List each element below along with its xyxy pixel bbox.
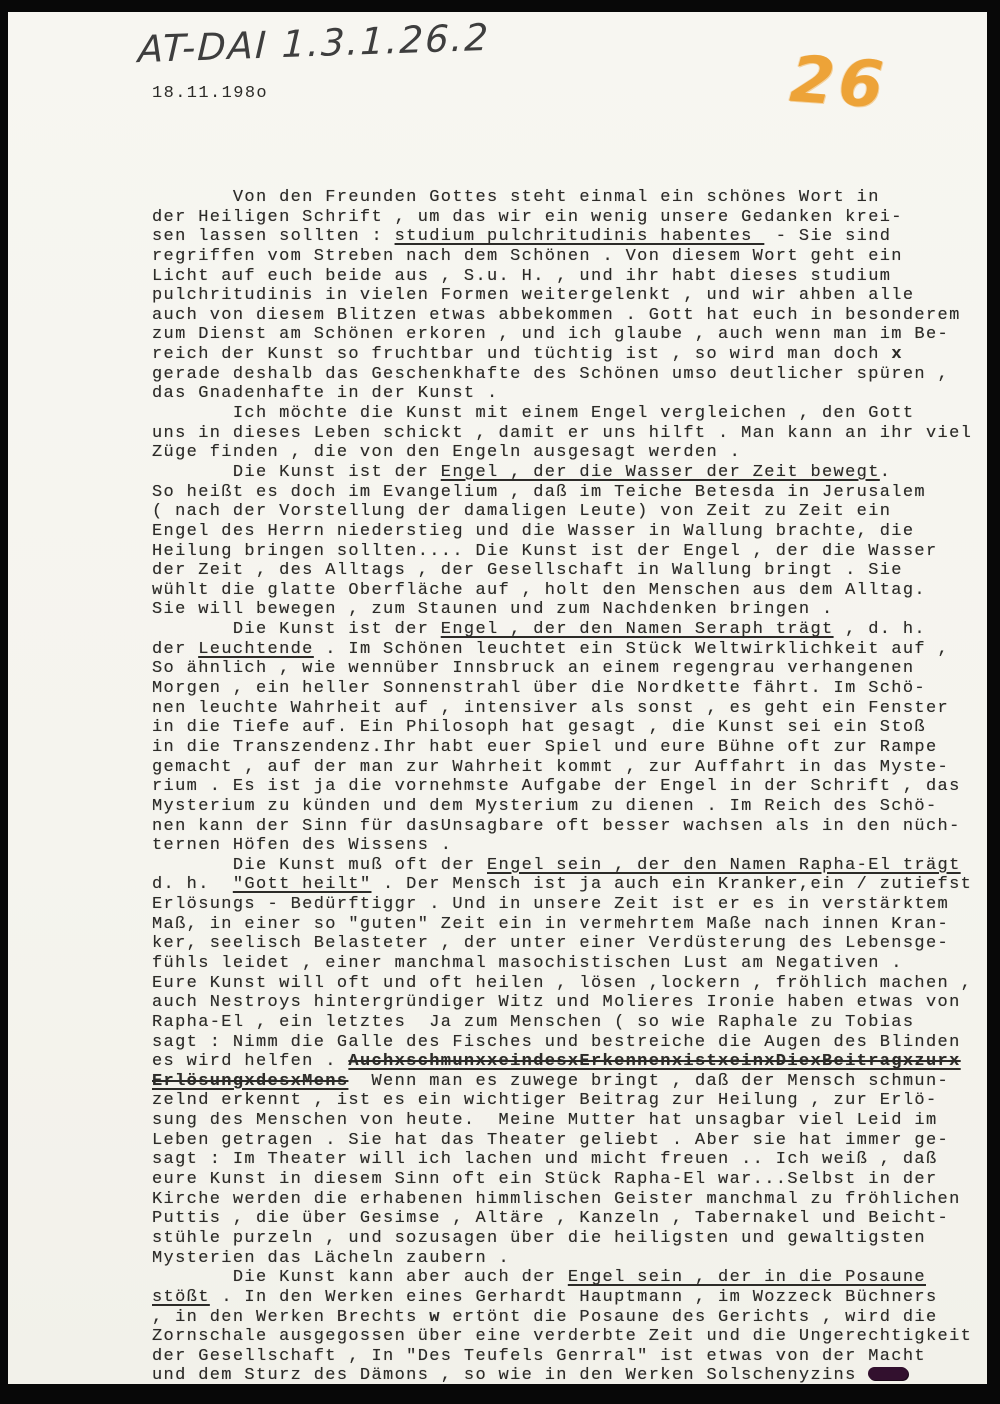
text-line: nen leuchte Wahrheit auf , intensiver al… (152, 699, 987, 719)
text-line: d. h. "Gott heilt" . Der Mensch ist ja a… (152, 875, 987, 895)
text-segment: studium pulchritudinis habentes (395, 227, 765, 246)
text-segment: pulchritudinis in vielen Formen weiterge… (152, 286, 914, 305)
text-segment: sung des Menschen von heute. Meine Mutte… (152, 1111, 938, 1130)
text-segment: regriffen vom Streben nach dem Schönen .… (152, 247, 903, 266)
text-segment: Kirche werden die erhabenen himmlischen … (152, 1190, 961, 1209)
text-segment: der Heiligen Schrift , um das wir ein we… (152, 208, 903, 227)
text-segment: das Gnadenhafte in der Kunst . (152, 384, 499, 403)
text-segment: uns in dieses Leben schickt , damit er u… (152, 424, 972, 443)
text-segment: ( nach der Vorstellung der damaligen Leu… (152, 502, 891, 521)
text-line: sagt : Im Theater will ich lachen und mi… (152, 1150, 987, 1170)
text-segment: sagt : Nimm die Galle des Fisches und be… (152, 1033, 961, 1052)
text-line: nen kann der Sinn für dasUnsagbare oft b… (152, 817, 987, 837)
archive-reference-handwriting: AT-DAI 1.3.1.26.2 (137, 16, 490, 71)
text-line: So ähnlich , wie wennüber Innsbruck an e… (152, 659, 987, 679)
text-segment: in die Transzendenz.Ihr habt euer Spiel … (152, 738, 938, 757)
text-segment: auch Nestroys hintergründiger Witz und M… (152, 993, 961, 1012)
text-segment: . Der Mensch ist ja auch ein Kranker,ein… (372, 875, 973, 894)
text-line: reich der Kunst so fruchtbar und tüchtig… (152, 345, 987, 365)
text-line: Puttis , die über Gesimse , Altäre , Kan… (152, 1209, 987, 1229)
text-segment: Rapha-El , ein letztes Ja zum Menschen (… (152, 1013, 914, 1032)
text-segment: Erlösungs - Bedürftiggr . Und in unsere … (152, 895, 949, 914)
text-line: zelnd erkennt , ist es ein wichtiger Bei… (152, 1091, 987, 1111)
text-line: gerade deshalb das Geschenkhafte des Sch… (152, 365, 987, 385)
text-segment: . (880, 463, 892, 482)
text-line: fühls leidet , einer manchmal masochisti… (152, 954, 987, 974)
text-segment: Wenn man es zuwege bringt , daß der Mens… (348, 1072, 949, 1091)
text-line: ErlösungxdesxMens Wenn man es zuwege bri… (152, 1072, 987, 1092)
text-segment: Die Kunst ist der (152, 463, 441, 482)
text-segment: Mysterium zu künden und dem Mysterium zu… (152, 797, 938, 816)
text-segment: Eure Kunst will oft und oft heilen , lös… (152, 974, 972, 993)
typewritten-text: Von den Freunden Gottes steht einmal ein… (152, 188, 987, 1384)
text-segment: Morgen , ein heller Sonnenstrahl über di… (152, 679, 926, 698)
text-segment: w (429, 1308, 441, 1327)
text-segment: der Zeit , des Alltags , der Gesellschaf… (152, 561, 903, 580)
text-line: sung des Menschen von heute. Meine Mutte… (152, 1111, 987, 1131)
text-line: auch Nestroys hintergründiger Witz und M… (152, 993, 987, 1013)
text-line: das Gnadenhafte in der Kunst . (152, 384, 987, 404)
text-segment: So heißt es doch im Evangelium , daß im … (152, 483, 926, 502)
text-segment: Züge finden , die von den Engeln ausgesa… (152, 443, 741, 462)
text-segment: gerade deshalb das Geschenkhafte des Sch… (152, 365, 949, 384)
text-segment: Leuchtende (198, 640, 314, 659)
text-segment: - Sie sind (764, 227, 891, 246)
text-segment: Licht auf euch beide aus , S.u. H. , und… (152, 267, 891, 286)
text-line: Eure Kunst will oft und oft heilen , lös… (152, 974, 987, 994)
text-line: eure Kunst in diesem Sinn oft ein Stück … (152, 1170, 987, 1190)
text-line: wühlt die glatte Oberfläche auf , holt d… (152, 581, 987, 601)
text-segment: Von den Freunden Gottes steht einmal ein… (152, 188, 880, 207)
text-line: Leben getragen . Sie hat das Theater gel… (152, 1131, 987, 1151)
text-line: Rapha-El , ein letztes Ja zum Menschen (… (152, 1013, 987, 1033)
text-line: , in den Werken Brechts w ertönt die Pos… (152, 1308, 987, 1328)
scanned-document: AT-DAI 1.3.1.26.2 18.11.198o 26 Von den … (0, 0, 1000, 1404)
text-segment: zelnd erkennt , ist es ein wichtiger Bei… (152, 1091, 938, 1110)
text-segment: Ich möchte die Kunst mit einem Engel ver… (152, 404, 914, 423)
text-line: Licht auf euch beide aus , S.u. H. , und… (152, 267, 987, 287)
text-line: es wird helfen . AuchxschmunxxeindesxErk… (152, 1052, 987, 1072)
text-segment: eure Kunst in diesem Sinn oft ein Stück … (152, 1170, 938, 1189)
text-segment: "Gott heilt" (233, 875, 372, 894)
text-line: der Gesellschaft , In "Des Teufels Genrr… (152, 1347, 987, 1367)
text-line: ternen Höfen des Wissens . (152, 836, 987, 856)
text-segment: Engel des Herrn niederstieg und die Wass… (152, 522, 914, 541)
text-segment: stühle purzeln , und sozusagen über die … (152, 1229, 926, 1248)
text-line: Maß, in einer so "guten" Zeit ein in ver… (152, 915, 987, 935)
text-segment: . In den Werken eines Gerhardt Hauptmann… (210, 1288, 938, 1307)
text-line: in die Tiefe auf. Ein Philosoph hat gesa… (152, 718, 987, 738)
text-line: zum Dienst am Schönen erkoren , und ich … (152, 325, 987, 345)
text-segment: Leben getragen . Sie hat das Theater gel… (152, 1131, 949, 1150)
text-line: stößt . In den Werken eines Gerhardt Hau… (152, 1288, 987, 1308)
text-line: Sie will bewegen , zum Staunen und zum N… (152, 600, 987, 620)
text-line: Von den Freunden Gottes steht einmal ein… (152, 188, 987, 208)
text-line: Engel des Herrn niederstieg und die Wass… (152, 522, 987, 542)
text-segment: gemacht , auf der man zur Wahrheit kommt… (152, 758, 949, 777)
text-segment: sagt : Im Theater will ich lachen und mi… (152, 1150, 938, 1169)
text-segment: ertönt die Posaune des Gerichts , wird d… (441, 1308, 938, 1327)
text-line: ker, seelisch Belasteter , der unter ein… (152, 934, 987, 954)
text-segment: Engel sein , der den Namen Rapha-El träg… (487, 856, 961, 875)
text-segment: es wird helfen . (152, 1052, 348, 1071)
text-segment: nen kann der Sinn für dasUnsagbare oft b… (152, 817, 961, 836)
text-segment: ker, seelisch Belasteter , der unter ein… (152, 934, 949, 953)
text-segment: AuchxschmunxxeindesxErkennenxistxeinxDie… (348, 1052, 960, 1071)
text-segment: So ähnlich , wie wennüber Innsbruck an e… (152, 659, 914, 678)
text-segment: Engel , der den Namen Seraph trägt (441, 620, 834, 639)
paper-sheet: AT-DAI 1.3.1.26.2 18.11.198o 26 Von den … (8, 12, 987, 1384)
text-line: So heißt es doch im Evangelium , daß im … (152, 483, 987, 503)
text-line: Morgen , ein heller Sonnenstrahl über di… (152, 679, 987, 699)
document-date: 18.11.198o (152, 84, 268, 103)
text-line: ( nach der Vorstellung der damaligen Leu… (152, 502, 987, 522)
text-segment: x (891, 345, 903, 364)
text-line: sagt : Nimm die Galle des Fisches und be… (152, 1033, 987, 1053)
text-line: Mysterien das Lächeln zaubern . (152, 1249, 987, 1269)
text-line: Erlösungs - Bedürftiggr . Und in unsere … (152, 895, 987, 915)
text-segment: Die Kunst muß oft der (152, 856, 487, 875)
text-segment: der (152, 640, 198, 659)
text-line: Die Kunst kann aber auch der Engel sein … (152, 1268, 987, 1288)
text-segment: sen lassen sollten : (152, 227, 395, 246)
redaction-mark (868, 1367, 908, 1380)
text-line: auch von diesem Blitzen etwas abbekommen… (152, 306, 987, 326)
text-line: Die Kunst ist der Engel , der den Namen … (152, 620, 987, 640)
text-segment: auch von diesem Blitzen etwas abbekommen… (152, 306, 961, 325)
text-line: Mysterium zu künden und dem Mysterium zu… (152, 797, 987, 817)
text-line: Die Kunst muß oft der Engel sein , der d… (152, 856, 987, 876)
text-line: uns in dieses Leben schickt , damit er u… (152, 424, 987, 444)
text-segment: wühlt die glatte Oberfläche auf , holt d… (152, 581, 926, 600)
text-line: der Zeit , des Alltags , der Gesellschaf… (152, 561, 987, 581)
text-segment: , in den Werken Brechts (152, 1308, 429, 1327)
text-segment: Sie will bewegen , zum Staunen und zum N… (152, 600, 834, 619)
text-segment: Zornschale ausgegossen über eine verderb… (152, 1327, 972, 1346)
text-line: sen lassen sollten : studium pulchritudi… (152, 227, 987, 247)
text-line: Zornschale ausgegossen über eine verderb… (152, 1327, 987, 1347)
text-segment: ternen Höfen des Wissens . (152, 836, 452, 855)
text-segment: ErlösungxdesxMens (152, 1072, 348, 1091)
text-segment: Engel , der die Wasser der Zeit bewegt (441, 463, 880, 482)
text-line: Die Kunst ist der Engel , der die Wasser… (152, 463, 987, 483)
text-line: regriffen vom Streben nach dem Schönen .… (152, 247, 987, 267)
text-segment: und dem Sturz des Dämons , so wie in den… (152, 1366, 868, 1384)
text-segment: in die Tiefe auf. Ein Philosoph hat gesa… (152, 718, 926, 737)
text-line: und dem Sturz des Dämons , so wie in den… (152, 1366, 987, 1384)
text-line: Ich möchte die Kunst mit einem Engel ver… (152, 404, 987, 424)
text-segment: . Im Schönen leuchtet ein Stück Weltwirk… (314, 640, 949, 659)
text-segment: d. h. (152, 875, 233, 894)
text-line: gemacht , auf der man zur Wahrheit kommt… (152, 758, 987, 778)
text-line: der Heiligen Schrift , um das wir ein we… (152, 208, 987, 228)
text-segment: stößt (152, 1288, 210, 1307)
text-line: pulchritudinis in vielen Formen weiterge… (152, 286, 987, 306)
text-segment: fühls leidet , einer manchmal masochisti… (152, 954, 903, 973)
text-segment: Die Kunst ist der (152, 620, 441, 639)
text-line: stühle purzeln , und sozusagen über die … (152, 1229, 987, 1249)
text-line: in die Transzendenz.Ihr habt euer Spiel … (152, 738, 987, 758)
text-segment: der Gesellschaft , In "Des Teufels Genrr… (152, 1347, 926, 1366)
text-segment: nen leuchte Wahrheit auf , intensiver al… (152, 699, 949, 718)
text-line: Züge finden , die von den Engeln ausgesa… (152, 443, 987, 463)
text-segment: reich der Kunst so fruchtbar und tüchtig… (152, 345, 891, 364)
text-segment: Mysterien das Lächeln zaubern . (152, 1249, 510, 1268)
text-segment: Engel sein , der in die Posaune (568, 1268, 926, 1287)
text-line: der Leuchtende . Im Schönen leuchtet ein… (152, 640, 987, 660)
text-segment: Heilung bringen sollten.... Die Kunst is… (152, 542, 938, 561)
text-line: Kirche werden die erhabenen himmlischen … (152, 1190, 987, 1210)
text-segment: rium . Es ist ja die vornehmste Aufgabe … (152, 777, 961, 796)
text-line: rium . Es ist ja die vornehmste Aufgabe … (152, 777, 987, 797)
text-segment: Puttis , die über Gesimse , Altäre , Kan… (152, 1209, 949, 1228)
text-segment: Maß, in einer so "guten" Zeit ein in ver… (152, 915, 949, 934)
text-segment: zum Dienst am Schönen erkoren , und ich … (152, 325, 949, 344)
page-number-handwriting: 26 (788, 43, 890, 124)
text-segment: , d. h. (834, 620, 926, 639)
text-line: Heilung bringen sollten.... Die Kunst is… (152, 542, 987, 562)
text-segment: Die Kunst kann aber auch der (152, 1268, 568, 1287)
